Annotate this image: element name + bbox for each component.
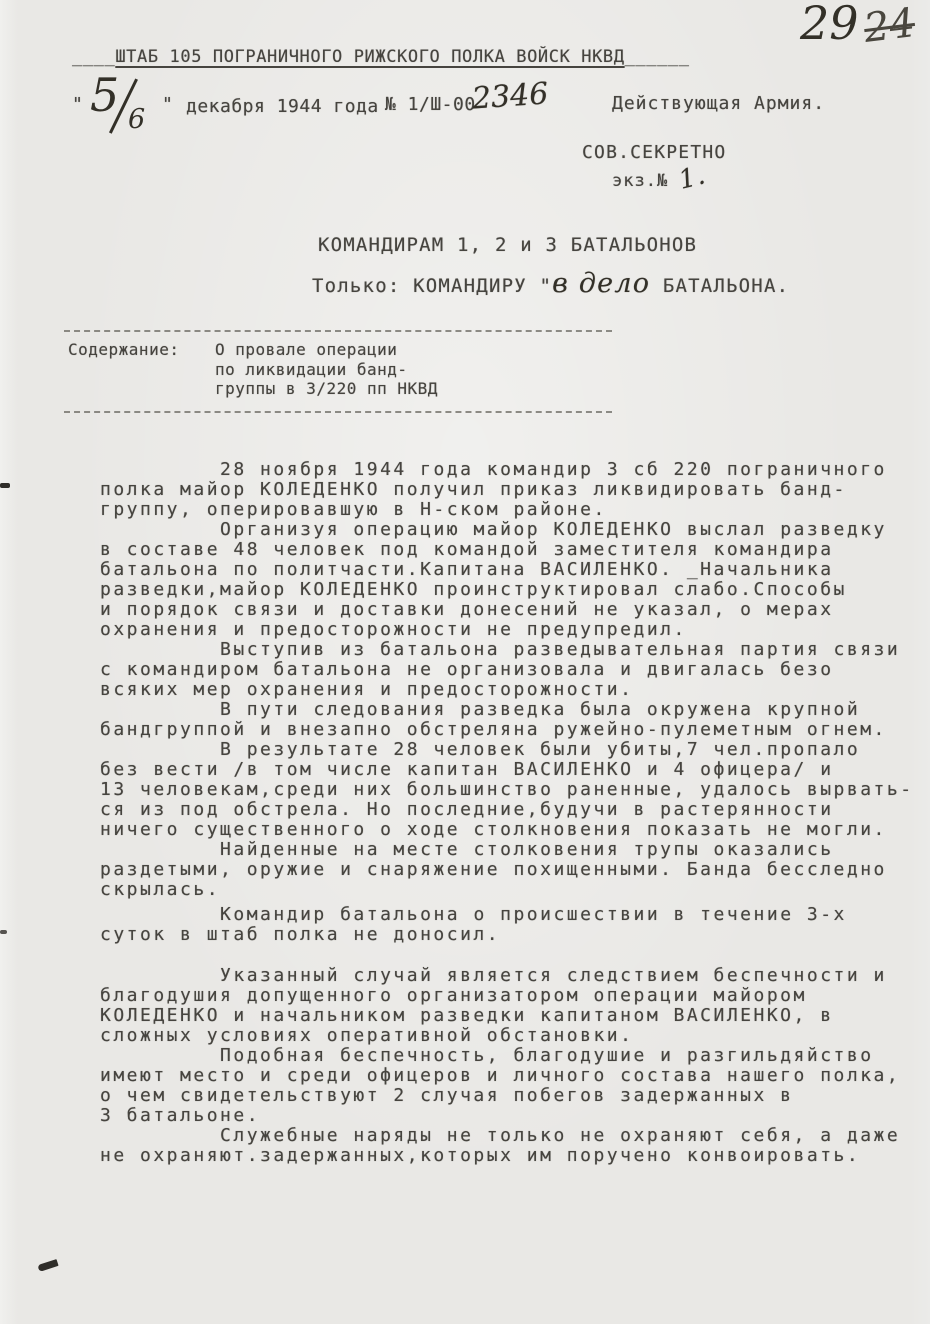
document-number-typed: № 1/Ш-00: [385, 94, 476, 115]
dashed-rule-bottom: [64, 411, 612, 413]
subject-text: О провале операции по ликвидации банд- г…: [215, 340, 438, 399]
body-paragraphs-1: 28 ноября 1944 года командир 3 сб 220 по…: [100, 460, 914, 900]
left-edge-ink-mark: [0, 930, 7, 934]
body-paragraphs-3: Указанный случай является следствием бес…: [100, 966, 900, 1126]
subject-label: Содержание:: [68, 340, 179, 359]
date-close-quote: ": [162, 94, 173, 115]
page-number-crossed-out: 24: [861, 3, 916, 49]
copy-label: экз.№: [612, 171, 668, 191]
org-title: ШТАБ 105 ПОГРАНИЧНОГО РИЖСКОГО ПОЛКА ВОЙ…: [115, 47, 624, 67]
body-paragraphs-4: Служебные наряды не только не охраняют с…: [100, 1126, 900, 1166]
page-number-current: 29: [800, 0, 859, 50]
scanned-document-page: 29 24 ____ШТАБ 105 ПОГРАНИЧНОГО РИЖСКОГО…: [0, 0, 930, 1324]
handwritten-date-fraction: 5 6: [88, 74, 162, 140]
date-open-quote: ": [72, 94, 83, 115]
body-paragraphs-2: Командир батальона о происшествии в тече…: [100, 905, 847, 945]
left-edge-ink-mark: [0, 483, 10, 488]
copy-number-handwritten: 1.: [677, 165, 708, 191]
addressee-typed-suffix: БАТАЛЬОНА.: [650, 275, 789, 297]
secrecy-stamp: СОВ.СЕКРЕТНО: [582, 142, 726, 163]
handwritten-page-number: 29 24: [800, 0, 915, 46]
date-day-bottom: 6: [128, 106, 145, 133]
addressee-only-line: Только: КОМАНДИРУ "в дело БАТАЛЬОНА.: [312, 274, 789, 297]
date-month-year: декабря 1944 года: [186, 96, 379, 117]
document-number-handwritten: 2346: [471, 79, 549, 114]
addressee-typed-prefix: Только: КОМАНДИРУ ": [312, 275, 552, 297]
addressee-handwritten-insert: в дело: [552, 268, 650, 299]
date-day-top: 5: [90, 72, 119, 118]
underscore-dashes-left: ____: [72, 47, 115, 67]
bottom-left-ink-mark: [37, 1259, 58, 1272]
addressees-line: КОМАНДИРАМ 1, 2 и 3 БАТАЛЬОНОВ: [318, 234, 697, 256]
copy-number-line: экз.№ 1.: [612, 168, 706, 191]
dashed-rule-top: [64, 330, 612, 332]
army-label: Действующая Армия.: [612, 93, 825, 114]
underscore-dashes-right: ______: [625, 47, 690, 67]
header-org-line: ____ШТАБ 105 ПОГРАНИЧНОГО РИЖСКОГО ПОЛКА…: [72, 47, 690, 67]
